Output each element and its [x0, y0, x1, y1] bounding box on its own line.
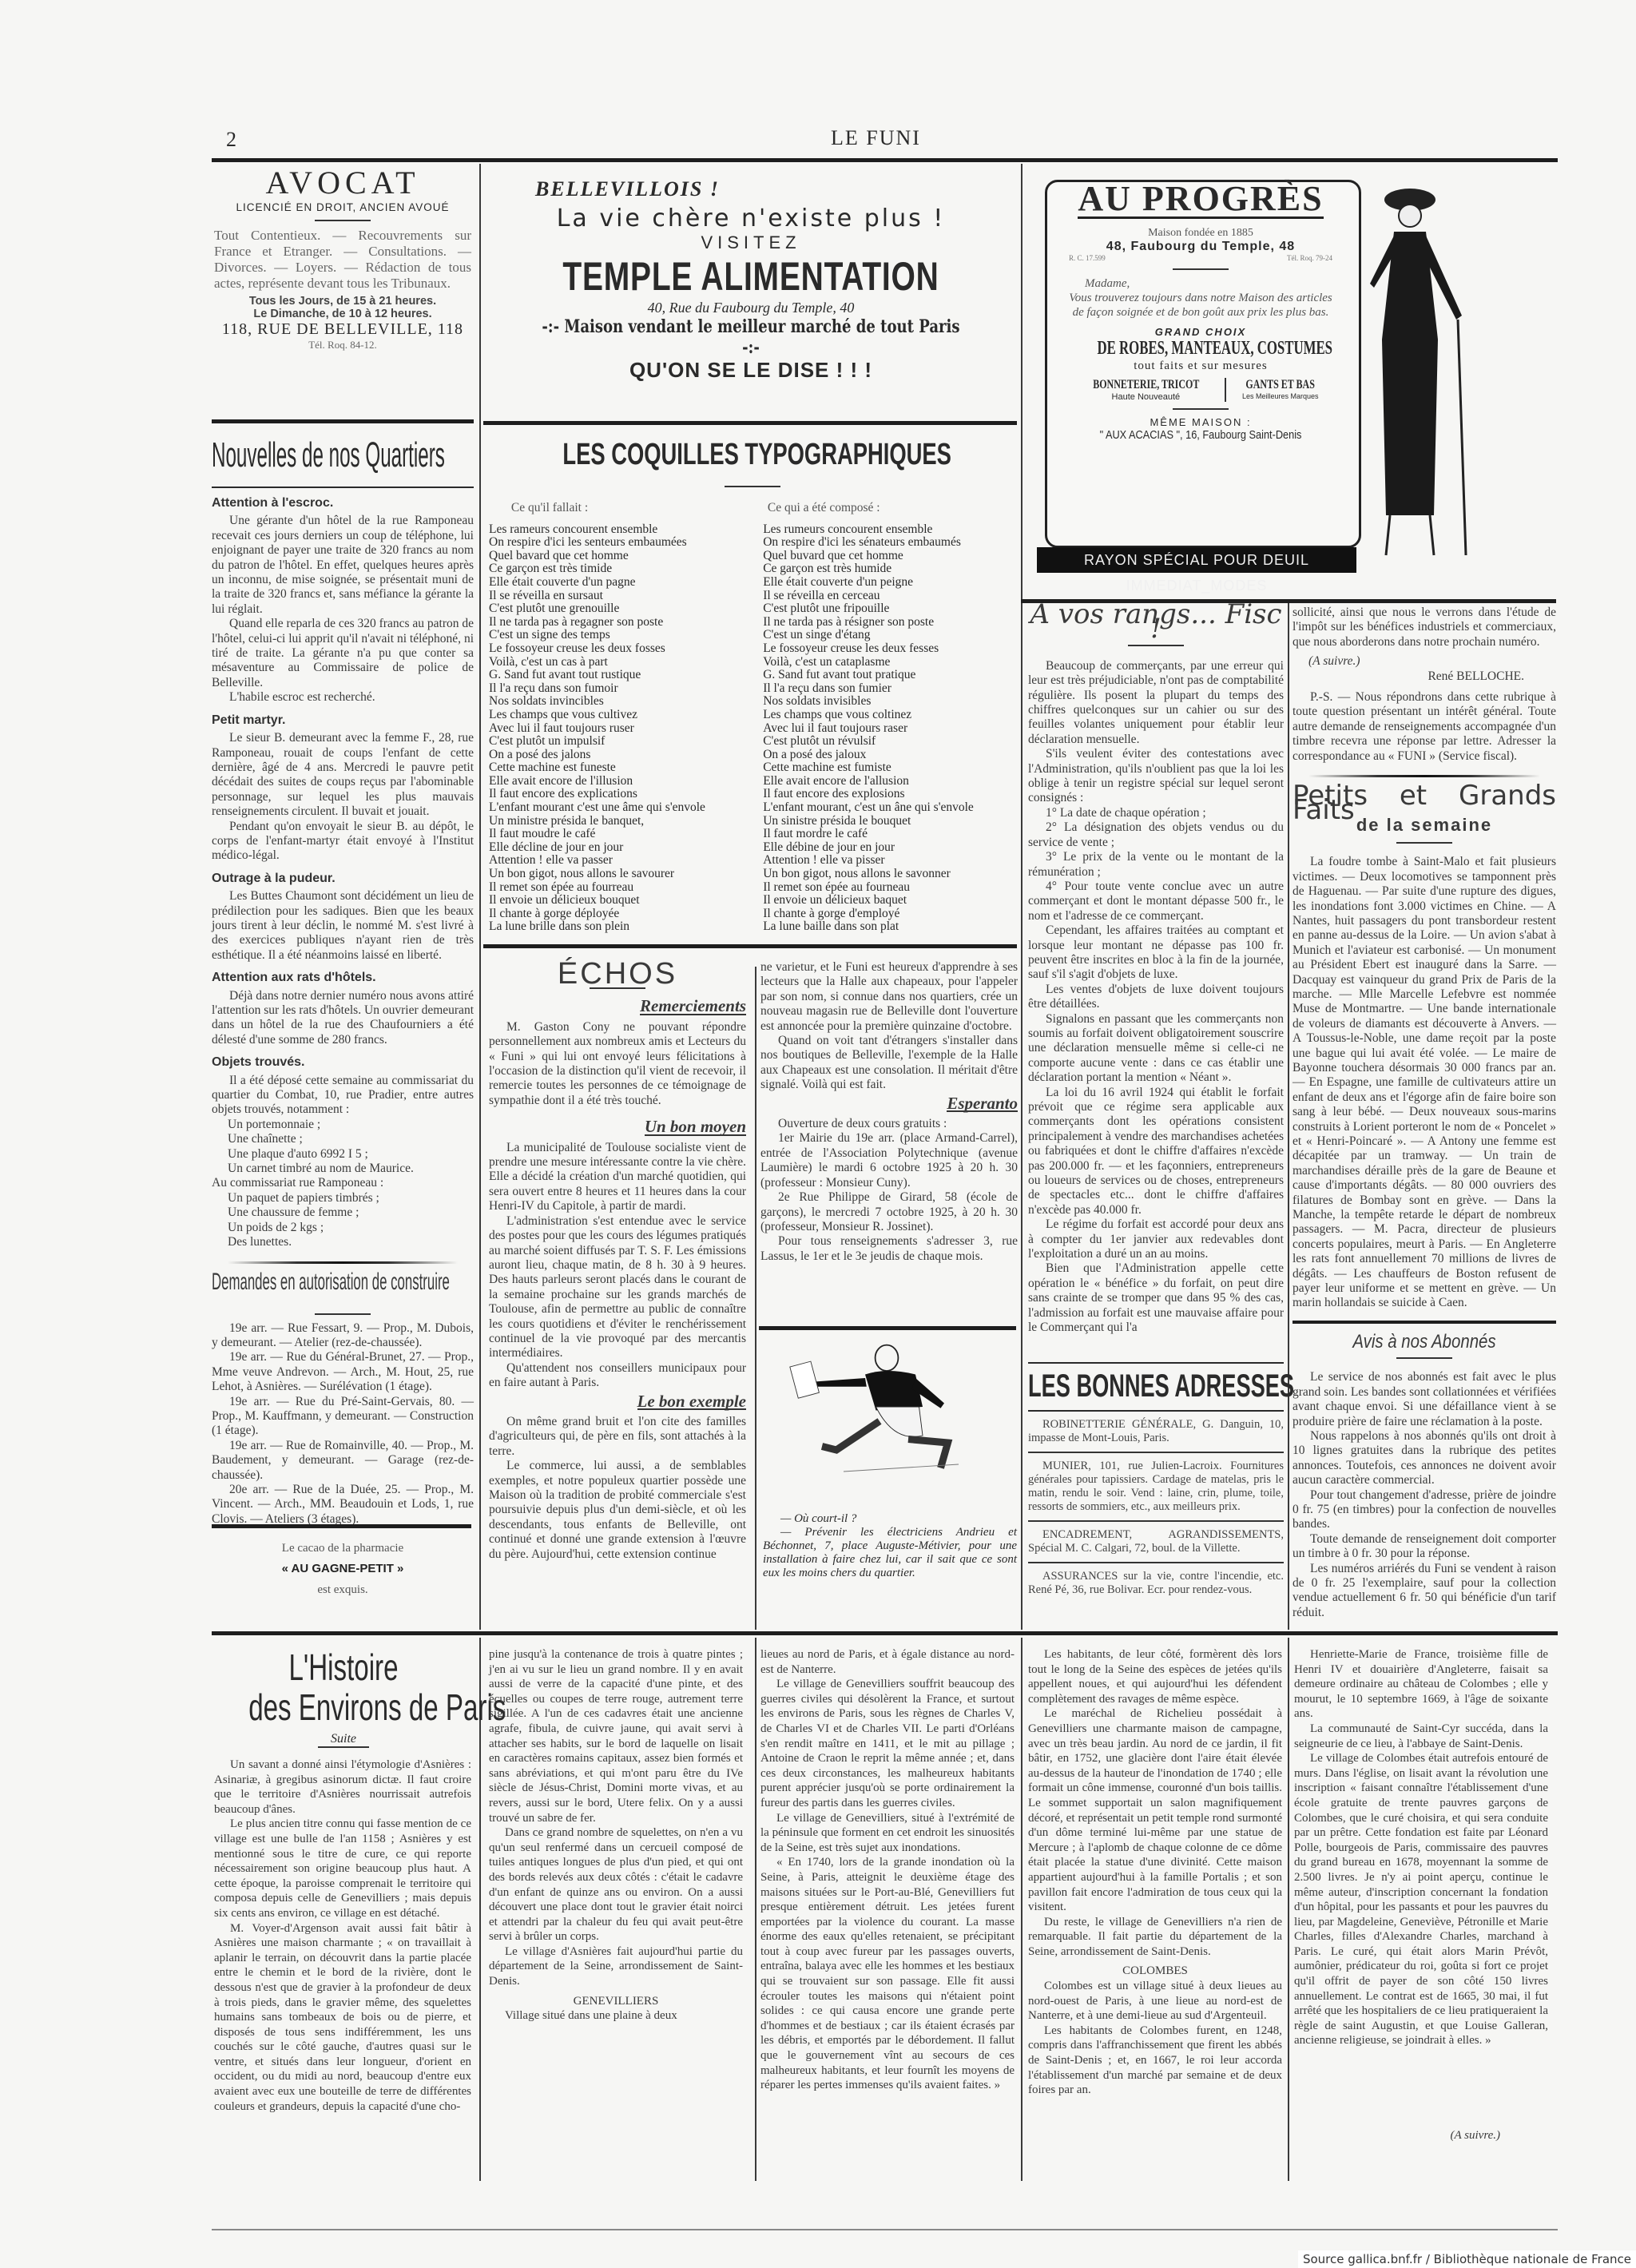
postscript: P.-S. — Nous répondrons dans cette rubri… [1293, 690, 1556, 764]
section-title: LES BONNES ADRESSES [1028, 1368, 1202, 1404]
typo-line: C'est plutôt une fripouille [763, 602, 1016, 616]
listing-text: ENCADREMENT, AGRANDISSEMENTS, Spécial M.… [1028, 1528, 1284, 1555]
paragraph: Colombes est un village situé à deux lie… [1028, 1979, 1282, 2024]
column-divider [1288, 1638, 1289, 2181]
section-rule [212, 419, 474, 423]
cartoon-caption: — Où court-il ? — Prévenir les électrici… [763, 1512, 1017, 1580]
typo-line: Elle débine de jour en jour [763, 841, 1016, 855]
typo-line: C'est un singe d'étang [763, 629, 1016, 642]
paragraph: L'habile escroc est recherché. [212, 690, 474, 705]
section-title: Demandes en autorisation de construire [212, 1275, 359, 1289]
section-title: L'Histoire [248, 1647, 439, 1687]
typo-line: Il chante à gorge d'employé [763, 908, 1016, 921]
ad-line: La vie chère n'existe plus ! [487, 205, 1015, 232]
column-divider [1021, 1638, 1022, 2181]
correct-line: Avec lui il faut toujours ruser [489, 722, 742, 736]
item-heading: Outrage à la pudeur. [212, 872, 474, 886]
typo-line: L'enfant mourant, c'est un âne qui s'env… [763, 801, 1016, 815]
ad-salutation: Madame, [1053, 276, 1348, 291]
correct-line: Il envoie un délicieux bouquet [489, 894, 742, 908]
histoire-column-3: lieues au nord de Paris, et à égale dist… [760, 1647, 1015, 2093]
ad-tagline: QU'ON SE LE DISE ! ! ! [487, 358, 1015, 383]
column-divider [1288, 603, 1289, 1630]
ad-branch: " AUX ACACIAS ", 16, Faubourg Saint-Deni… [1075, 428, 1327, 442]
newspaper-page: 2 LE FUNI AVOCAT LICENCIÉ EN DROIT, ANCI… [0, 0, 1636, 2268]
ad-title: TEMPLE ALIMENTATION [546, 253, 957, 300]
correct-line: C'est un signe des temps [489, 629, 742, 642]
typo-line: Cette machine est fumiste [763, 761, 1016, 775]
list-item: Une plaque d'auto 6992 I 5 ; [212, 1147, 474, 1162]
typo-line: Il envoie un délicieux baquet [763, 894, 1016, 908]
paragraph: pine jusqu'à la contenance de trois à qu… [489, 1647, 743, 1825]
right-column: sollicité, ainsi que nous le verrons dan… [1293, 606, 1556, 1620]
ad-line: est exquis. [212, 1579, 474, 1600]
correct-line: Les rameurs concourent ensemble [489, 523, 742, 537]
ad-line: MÊME MAISON : [1053, 416, 1348, 428]
paragraph: 2° La désignation des objets vendus ou d… [1028, 820, 1284, 850]
histoire-header: L'Histoire des Environs de Paris Suite [212, 1647, 475, 1748]
typo-line: Attention ! elle va pisser [763, 854, 1016, 868]
correct-line: Il chante à gorge déployée [489, 908, 742, 921]
column-divider [479, 164, 481, 1630]
ad-services: Tout Contentieux. — Recouvrements sur Fr… [214, 228, 471, 292]
bonnes-adresses-section: LES BONNES ADRESSES ROBINETTERIE GÉNÉRAL… [1028, 1362, 1284, 1603]
typo-line: Un bon gigot, nous allons le savonner [763, 868, 1016, 881]
histoire-column-2: pine jusqu'à la contenance de trois à qu… [489, 1647, 743, 2024]
paragraph: Pendant qu'on envoyait le sieur B. au dé… [212, 820, 474, 864]
correct-line: On respire d'ici les senteurs embaumées [489, 536, 742, 550]
paragraph: Il a été déposé cette semaine au commiss… [212, 1074, 474, 1118]
correct-line: La lune brille dans son plein [489, 920, 742, 934]
correct-line: C'est plutôt un impulsif [489, 735, 742, 749]
correct-line: C'est plutôt une grenouille [489, 602, 742, 616]
source-credit: Source gallica.bnf.fr / Bibliothèque nat… [1298, 2250, 1636, 2268]
typo-line: Ce garçon est très humide [763, 562, 1016, 576]
page-number: 2 [226, 128, 236, 152]
ad-banner: RAYON SPÉCIAL POUR DEUIL IMMEDIAT_MODES [1037, 547, 1356, 573]
typo-line: Il remet son épée au fourneau [763, 881, 1016, 895]
column-header: Ce qui a été composé : [763, 502, 884, 515]
paragraph: Pour tous renseignements s'adresser 3, r… [760, 1234, 1018, 1264]
paragraph: Le sieur B. demeurant avec la femme F., … [212, 731, 474, 819]
paragraph: 1er Mairie du 19e arr. (place Armand-Car… [760, 1131, 1018, 1190]
paragraph: 2e Rue Philippe de Girard, 58 (école de … [760, 1190, 1018, 1234]
bottom-rule [212, 2229, 1558, 2230]
column-divider [1021, 164, 1022, 1630]
ad-hours: Tous les Jours, de 15 à 21 heures. [214, 295, 471, 308]
column-divider [755, 967, 756, 1630]
correct-line: G. Sand fut avant tout rustique [489, 669, 742, 682]
ad-title: AVOCAT [214, 164, 471, 201]
ad-title: AU PROGRÈS [1078, 181, 1323, 219]
correct-line: Elle décline de jour en jour [489, 841, 742, 855]
section-rule [212, 1631, 1558, 1635]
ad-line: VISITEZ [487, 232, 1015, 253]
ad-phone: Tél. Roq. 84-12. [214, 339, 471, 352]
paragraph: ne varietur, et le Funi est heureux d'ap… [760, 960, 1018, 1034]
correct-line: Un ministre présida le banquet, [489, 815, 742, 828]
typo-line: Il ne tarda pas à résigner son poste [763, 616, 1016, 630]
paragraph: La foudre tombe à Saint-Malo et fait plu… [1293, 855, 1556, 1311]
au-progres-ad: AU PROGRÈS Maison fondée en 1885 48, Fau… [1037, 172, 1372, 575]
section-title: LES COQUILLES TYPOGRAPHIQUES [562, 438, 942, 472]
typo-line: Les rumeurs concourent ensemble [763, 523, 1016, 537]
column-divider [755, 1638, 756, 2181]
paragraph: La communauté de Saint-Cyr succéda, dans… [1294, 1722, 1548, 1751]
paragraph: Le village de Colombes était autrefois e… [1294, 1751, 1548, 2048]
paragraph: « En 1740, lors de la grande inondation … [760, 1855, 1015, 2093]
permit-item: 19e arr. — Rue Fessart, 9. — Prop., M. D… [212, 1321, 474, 1351]
paragraph: Quand on voit tant d'étrangers s'install… [760, 1034, 1018, 1093]
correct-line: Il l'a reçu dans son fumoir [489, 682, 742, 696]
cacao-ad: Le cacao de la pharmacie « AU GAGNE-PETI… [212, 1538, 474, 1600]
paragraph: Le village de Genevilliers souffrit beau… [760, 1677, 1015, 1810]
ad-rc: R. C. 17.599 [1069, 254, 1106, 262]
permit-item: 20e arr. — Rue de la Duée, 25. — Prop., … [212, 1483, 474, 1527]
paragraph: On même grand bruit et l'on cite des fam… [489, 1415, 746, 1459]
paragraph: Le plus ancien titre connu qui fasse men… [214, 1817, 471, 1920]
paragraph: Cependant, les affaires traitées au comp… [1028, 923, 1284, 983]
paragraph: Village situé dans une plaine à deux [489, 2008, 743, 2024]
coquilles-section: LES COQUILLES TYPOGRAPHIQUES Ce qu'il fa… [489, 438, 1016, 934]
header-rule [212, 158, 1558, 162]
section-title: Nouvelles de nos Quartiers [212, 435, 355, 475]
author-signature: René BELLOCHE. [1293, 669, 1524, 684]
typo-line: On respire d'ici les sénateurs embaumés [763, 536, 1016, 550]
section-title: A vos rangs... Fisc ! [1028, 607, 1284, 637]
nouvelles-section: Nouvelles de nos Quartiers Attention à l… [212, 435, 474, 1527]
paragraph: Au commissariat rue Ramponeau : [212, 1176, 474, 1190]
ad-phone: Tél. Roq. 79-24 [1287, 254, 1332, 262]
subheading: GENEVILLIERS [489, 1994, 743, 2009]
typo-line: Le fossoyeur creuse les deux fesses [763, 642, 1016, 656]
paragraph: Le commerce, lui aussi, a de semblables … [489, 1459, 746, 1562]
fisc-section: A vos rangs... Fisc ! Beaucoup de commer… [1028, 607, 1284, 1336]
section-title: des Environs de Paris [248, 1687, 439, 1727]
ad-address: 118, RUE DE BELLEVILLE, 118 [214, 320, 471, 339]
paragraph: La municipalité de Toulouse socialiste v… [489, 1141, 746, 1214]
paragraph: Toute demande de renseignement doit comp… [1293, 1532, 1556, 1562]
paragraph: Le maréchal de Richelieu possédait à Gen… [1028, 1706, 1282, 1914]
correct-line: Il faut moudre le café [489, 828, 742, 841]
ad-gants-sub: Les Meilleures Marques [1234, 392, 1326, 400]
paragraph: Les Buttes Chaumont sont décidément un l… [212, 889, 474, 963]
list-item: Un carnet timbré au nom de Maurice. [212, 1162, 474, 1176]
paragraph: La loi du 16 avril 1924 qui établit le f… [1028, 1086, 1284, 1218]
paragraph: Une gérante d'un hôtel de la rue Rampone… [212, 514, 474, 617]
paragraph: L'administration s'est entendue avec le … [489, 1214, 746, 1361]
paragraph: Un savant a donné ainsi l'étymologie d'A… [214, 1758, 471, 1817]
ad-founded: Maison fondée en 1885 [1053, 227, 1348, 240]
typo-line: Il l'a reçu dans son fumier [763, 682, 1016, 696]
paragraph: Le village de Genevilliers, situé à l'ex… [760, 1811, 1015, 1856]
ad-gants: GANTS ET BAS [1246, 378, 1315, 392]
section-rule [483, 944, 1017, 948]
running-waiter-cartoon-icon [767, 1342, 1007, 1486]
paragraph: Qu'attendent nos conseillers municipaux … [489, 1361, 746, 1391]
paragraph: Ouverture de deux cours gratuits : [760, 1117, 1018, 1131]
typo-line: La lune baille dans son plat [763, 920, 1016, 934]
paragraph: Du reste, le village de Genevilliers n'a… [1028, 1915, 1282, 1960]
correct-line: L'enfant mourant c'est une âme qui s'env… [489, 801, 742, 815]
section-rule [759, 1326, 1016, 1330]
permit-item: 19e arr. — Rue du Pré-Saint-Gervais, 80.… [212, 1395, 474, 1439]
typo-line: C'est plutôt un révulsif [763, 735, 1016, 749]
correct-line: Le fossoyeur creuse les deux fosses [489, 642, 742, 656]
address-listing: ASSURANCES sur la vie, contre l'incendie… [1028, 1563, 1284, 1603]
ad-name: « AU GAGNE-PETIT » [212, 1559, 474, 1579]
typo-line: Voilà, c'est un cataplasme [763, 656, 1016, 669]
section-subtitle: Suite [318, 1732, 369, 1748]
avocat-ad: AVOCAT LICENCIÉ EN DROIT, ANCIEN AVOUÉ T… [214, 164, 471, 352]
caption-line: — Prévenir les électriciens Andrieu et B… [763, 1526, 1017, 1580]
section-title: ÉCHOS [489, 967, 746, 981]
echo-heading: Remerciements [640, 999, 746, 1015]
correct-line: Voilà, c'est un cas à part [489, 656, 742, 669]
list-item: Des lunettes. [212, 1235, 474, 1249]
paragraph: Les ventes d'objets de luxe doivent touj… [1028, 983, 1284, 1012]
section-title: Petits et Grands Faits [1293, 788, 1556, 818]
list-item: Une chaînette ; [212, 1132, 474, 1146]
paragraph: Le village d'Asnières fait aujourd'hui p… [489, 1944, 743, 1989]
correct-line: Un bon gigot, nous allons le savourer [489, 868, 742, 881]
newspaper-title: LE FUNI [831, 126, 921, 150]
column-header: Ce qu'il fallait : [489, 502, 610, 515]
paragraph: Pour tout changement d'adresse, prière d… [1293, 1488, 1556, 1532]
correct-line: Elle avait encore de l'illusion [489, 775, 742, 788]
section-title: Avis à nos Abonnés [1312, 1335, 1537, 1349]
to-be-continued: (A suivre.) [1308, 654, 1556, 669]
correct-line: Les champs que vous cultivez [489, 709, 742, 722]
paragraph: 3° Le prix de la vente ou le montant de … [1028, 850, 1284, 880]
ad-line: Le cacao de la pharmacie [212, 1538, 474, 1559]
paragraph: Le régime du forfait est accordé pour de… [1028, 1217, 1284, 1261]
ornament-divider [1308, 775, 1540, 777]
typo-line: Les champs que vous coltinez [763, 709, 1016, 722]
correct-line: Il faut encore des explications [489, 788, 742, 801]
listing-text: ASSURANCES sur la vie, contre l'incendie… [1028, 1570, 1284, 1597]
correct-line: Nos soldats invincibles [489, 695, 742, 709]
paragraph: M. Gaston Cony ne pouvant répondre perso… [489, 1020, 746, 1108]
paragraph: Les numéros arriérés du Funi se vendent … [1293, 1562, 1556, 1621]
correct-line: Elle était couverte d'un pagne [489, 576, 742, 590]
ornament-divider [228, 1261, 458, 1264]
typo-line: On a posé des jaloux [763, 749, 1016, 762]
ad-products: DE ROBES, MANTEAUX, COSTUMES [1098, 338, 1304, 359]
address-listing: ROBINETTERIE GÉNÉRALE, G. Danguin, 10, i… [1028, 1412, 1284, 1453]
correct-line: Il se réveilla en sursaut [489, 590, 742, 603]
histoire-column-5: Henriette-Marie de France, troisième fil… [1294, 1647, 1548, 2143]
echo-heading: Le bon exemple [637, 1394, 746, 1410]
paragraph: S'ils veulent éviter des contestations a… [1028, 747, 1284, 806]
coquilles-table: Ce qu'il fallait :Les rameurs concourent… [489, 502, 1016, 934]
address-listing: MUNIER, 101, rue Julien-Lacroix. Fournit… [1028, 1453, 1284, 1522]
correct-line: Ce garçon est très timide [489, 562, 742, 576]
paragraph: M. Voyer-d'Argenson avait aussi fait bât… [214, 1921, 471, 2115]
correct-line: Il remet son épée au fourreau [489, 881, 742, 895]
echo-heading: Esperanto [947, 1096, 1018, 1112]
ad-hours-sunday: Le Dimanche, de 10 à 12 heures. [214, 308, 471, 320]
ad-address: 48, Faubourg du Temple, 48 [1053, 240, 1348, 254]
listing-text: MUNIER, 101, rue Julien-Lacroix. Fournit… [1028, 1460, 1284, 1514]
paragraph: Quand elle reparla de ces 320 francs au … [212, 617, 474, 690]
histoire-column-4: Les habitants, de leur côté, formèrent d… [1028, 1647, 1282, 2098]
typo-line: G. Sand fut avant tout pratique [763, 669, 1016, 682]
item-heading: Objets trouvés. [212, 1055, 474, 1070]
to-be-continued: (A suivre.) [1294, 2128, 1500, 2143]
subheading: COLOMBES [1028, 1964, 1282, 1979]
paragraph: lieues au nord de Paris, et à égale dist… [760, 1647, 1015, 1677]
ad-bonneterie: BONNETERIE, TRICOT [1093, 378, 1199, 392]
paragraph: Le service de nos abonnés est fait avec … [1293, 1370, 1556, 1429]
typo-line: Elle avait encore de l'allusion [763, 775, 1016, 788]
ad-address: 40, Rue du Faubourg du Temple, 40 [487, 300, 1015, 316]
permit-item: 19e arr. — Rue du Général-Brunet, 27. — … [212, 1350, 474, 1394]
typo-line: Elle était couverte d'un peigne [763, 576, 1016, 590]
correct-line: Quel bavard que cet homme [489, 550, 742, 563]
paragraph: sollicité, ainsi que nous le verrons dan… [1293, 606, 1556, 649]
list-item: Un portemonnaie ; [212, 1118, 474, 1132]
ad-line: GRAND CHOIX [1053, 326, 1348, 338]
typo-line: Avec lui il faut toujours raser [763, 722, 1016, 736]
paragraph: Beaucoup de commerçants, par une erreur … [1028, 659, 1284, 747]
echos-continuation: ne varietur, et le Funi est heureux d'ap… [760, 960, 1018, 1264]
ad-pitch: Vous trouverez toujours dans notre Maiso… [1053, 291, 1348, 320]
typo-line: Un sinistre présida le bouquet [763, 815, 1016, 828]
histoire-column-1: Un savant a donné ainsi l'étymologie d'A… [214, 1758, 471, 2114]
listing-text: ROBINETTERIE GÉNÉRALE, G. Danguin, 10, i… [1028, 1418, 1284, 1445]
echos-section: ÉCHOS Remerciements M. Gaston Cony ne po… [489, 967, 746, 1562]
typo-line: Il faut encore des explosions [763, 788, 1016, 801]
correct-line: Cette machine est funeste [489, 761, 742, 775]
section-rule [483, 421, 1017, 425]
paragraph: Nous rappelons à nos abonnés qu'ils ont … [1293, 1429, 1556, 1488]
temple-alimentation-ad: BELLEVILLOIS ! La vie chère n'existe plu… [487, 177, 1015, 383]
ad-subtitle: LICENCIÉ EN DROIT, ANCIEN AVOUÉ [214, 201, 471, 213]
ad-line: tout faits et sur mesures [1053, 359, 1348, 373]
paragraph: Signalons en passant que les commerçants… [1028, 1012, 1284, 1086]
list-item: Une chaussure de femme ; [212, 1205, 474, 1220]
typo-line: Il faut mordre le café [763, 828, 1016, 841]
section-rule [212, 1524, 471, 1528]
correct-line: Il ne tarda pas à regagner son poste [489, 616, 742, 630]
paragraph: 4° Pour toute vente conclue avec un autr… [1028, 880, 1284, 923]
caption-line: — Où court-il ? [763, 1512, 1017, 1526]
paragraph: Bien que l'Administration appelle cette … [1028, 1261, 1284, 1335]
paragraph: Les habitants de Colombes furent, en 124… [1028, 2024, 1282, 2098]
item-heading: Attention à l'escroc. [212, 496, 474, 510]
woman-illustration-icon [1362, 180, 1482, 579]
echo-heading: Un bon moyen [645, 1119, 746, 1135]
ad-slogan: -:- Maison vendant le meilleur marché de… [534, 316, 967, 358]
typo-line: Nos soldats invisibles [763, 695, 1016, 709]
typo-line: Il se réveilla en cerceau [763, 590, 1016, 603]
address-listing: ENCADREMENT, AGRANDISSEMENTS, Spécial M.… [1028, 1522, 1284, 1563]
ad-bonneterie-sub: Haute Nouveauté [1075, 392, 1217, 402]
correct-line: On a posé des jalons [489, 749, 742, 762]
typo-line: Quel buvard que cet homme [763, 550, 1016, 563]
list-item: Un paquet de papiers timbrés ; [212, 1191, 474, 1205]
list-item: Un poids de 2 kgs ; [212, 1221, 474, 1235]
paragraph: Déjà dans notre dernier numéro nous avon… [212, 989, 474, 1048]
item-heading: Petit martyr. [212, 713, 474, 728]
paragraph: Henriette-Marie de France, troisième fil… [1294, 1647, 1548, 1722]
item-heading: Attention aux rats d'hôtels. [212, 971, 474, 985]
paragraph: Les habitants, de leur côté, formèrent d… [1028, 1647, 1282, 1706]
correct-line: Attention ! elle va passer [489, 854, 742, 868]
ad-line: BELLEVILLOIS ! [535, 177, 1015, 201]
paragraph: 1° La date de chaque opération ; [1028, 806, 1284, 820]
paragraph: Dans ce grand nombre de squelettes, on n… [489, 1825, 743, 1944]
permit-item: 19e arr. — Rue de Romainville, 40. — Pro… [212, 1439, 474, 1483]
